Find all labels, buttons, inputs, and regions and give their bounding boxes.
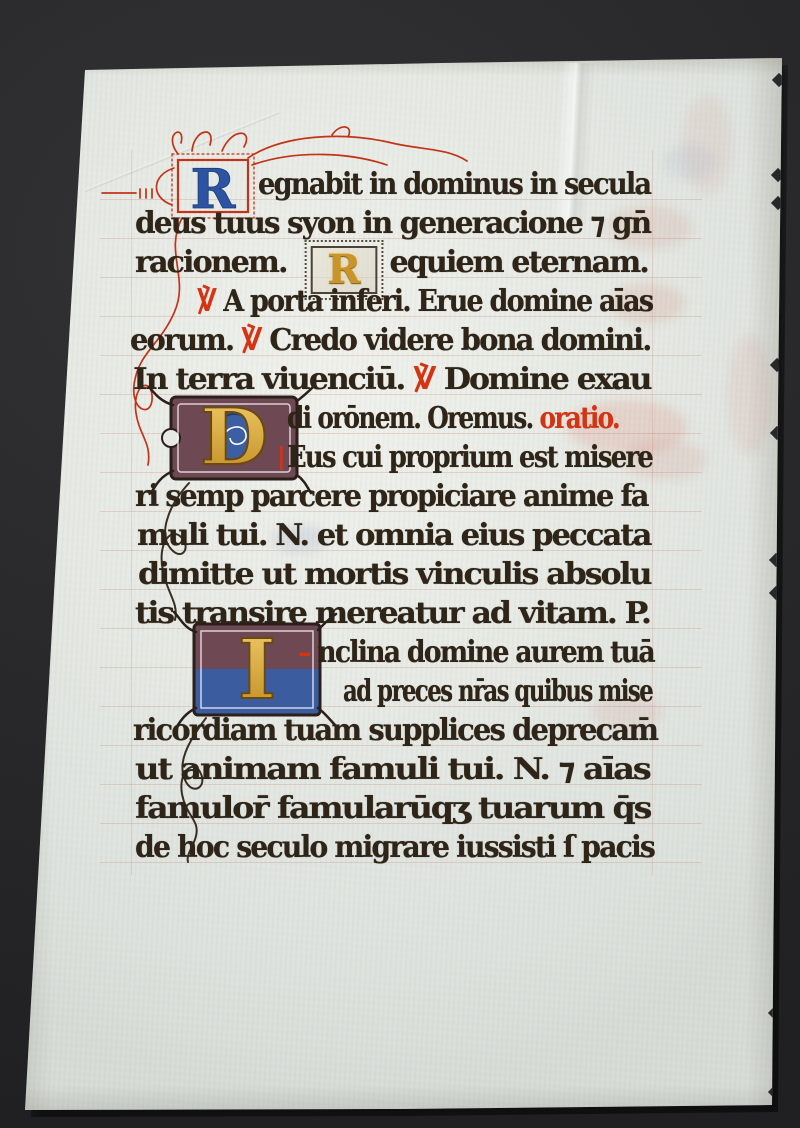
manuscript-text-line: famulor̄ famularūqʒ tuarum q̄s (135, 792, 650, 826)
blackletter-text: ad preces nr̄as quibus mise (343, 674, 652, 709)
blackletter-text: tis transire mereatur ad vitam. P. (135, 596, 650, 631)
blackletter-text: nclina domine aurem tuā (317, 635, 654, 670)
blackletter-text: muli tui. N. et omnia eius peccata (137, 518, 650, 553)
blackletter-text: eorum. (130, 323, 241, 358)
manuscript-text-line: dimitte ut mortis vinculis absolu (138, 558, 650, 592)
rubric-text: ℣ (241, 323, 261, 358)
manuscript-text-line: – nclina domine aurem tuā (298, 636, 654, 670)
blackletter-text: dimitte ut mortis vinculis absolu (138, 557, 650, 592)
manuscript-text-line: ricordiam tuam supplices deprecam̄ (133, 714, 657, 748)
rubric-tick (280, 446, 283, 470)
manuscript-text-line: ut animam famuli tui. N. ⁊ aīas (135, 753, 650, 787)
blackletter-text: ri semp parcere propiciare anime fa (135, 479, 648, 514)
blackletter-text: famulor̄ famularūqʒ tuarum q̄s (135, 791, 650, 826)
rubric-text: – (298, 635, 317, 670)
blackletter-text: In terra viuenciū. (133, 362, 413, 397)
blackletter-text: de hoc seculo migrare iussisti ſ pacis (135, 830, 654, 865)
manuscript-text-line: Eus cui proprium est misere (280, 441, 652, 475)
photo-backdrop: R D (0, 0, 800, 1128)
blackletter-text: Credo videre bona domini. (261, 323, 650, 358)
manuscript-text-line: egnabit in dominus in secula (258, 168, 650, 202)
manuscript-text-line: ad preces nr̄as quibus mise (343, 675, 652, 709)
rubric-text: ℣ (197, 284, 216, 319)
manuscript-text-line: di orōnem. Oremus. oratio. (287, 402, 619, 436)
blackletter-text: equiem eternam. (389, 245, 647, 280)
blackletter-text: Domine exau (435, 362, 651, 397)
manuscript-leaf: R D (22, 55, 784, 1117)
blackletter-text: deus tuus syon in generacione ⁊ gn̄ (135, 206, 650, 241)
manuscript-text-line: deus tuus syon in generacione ⁊ gn̄ (135, 207, 650, 241)
blackletter-text: ut animam famuli tui. N. ⁊ aīas (135, 752, 650, 787)
rubric-text: oratio. (540, 401, 619, 436)
manuscript-text-line: tis transire mereatur ad vitam. P. (135, 597, 650, 631)
manuscript-text-line: ℣ A porta inferi. Erue domine aīas (197, 285, 652, 319)
manuscript-text-line: eorum. ℣ Credo videre bona domini. (130, 324, 650, 358)
manuscript-text-line: de hoc seculo migrare iussisti ſ pacis (135, 831, 654, 865)
manuscript-text-line: muli tui. N. et omnia eius peccata (137, 519, 650, 553)
manuscript-text-line: In terra viuenciū. ℣ Domine exau (133, 363, 651, 397)
blackletter-text: egnabit in dominus in secula (258, 167, 650, 202)
manuscript-text-line: ri semp parcere propiciare anime fa (135, 480, 648, 514)
text-block: egnabit in dominus in seculadeus tuus sy… (22, 55, 784, 1117)
rubric-text: ℣ (413, 362, 435, 397)
blackletter-text: ricordiam tuam supplices deprecam̄ (133, 713, 657, 748)
blackletter-text: di orōnem. Oremus. (287, 401, 540, 436)
blackletter-text: Eus cui proprium est misere (287, 440, 652, 475)
blackletter-text: racionem. (135, 245, 286, 280)
blackletter-text: A porta inferi. Erue domine aīas (216, 284, 653, 319)
